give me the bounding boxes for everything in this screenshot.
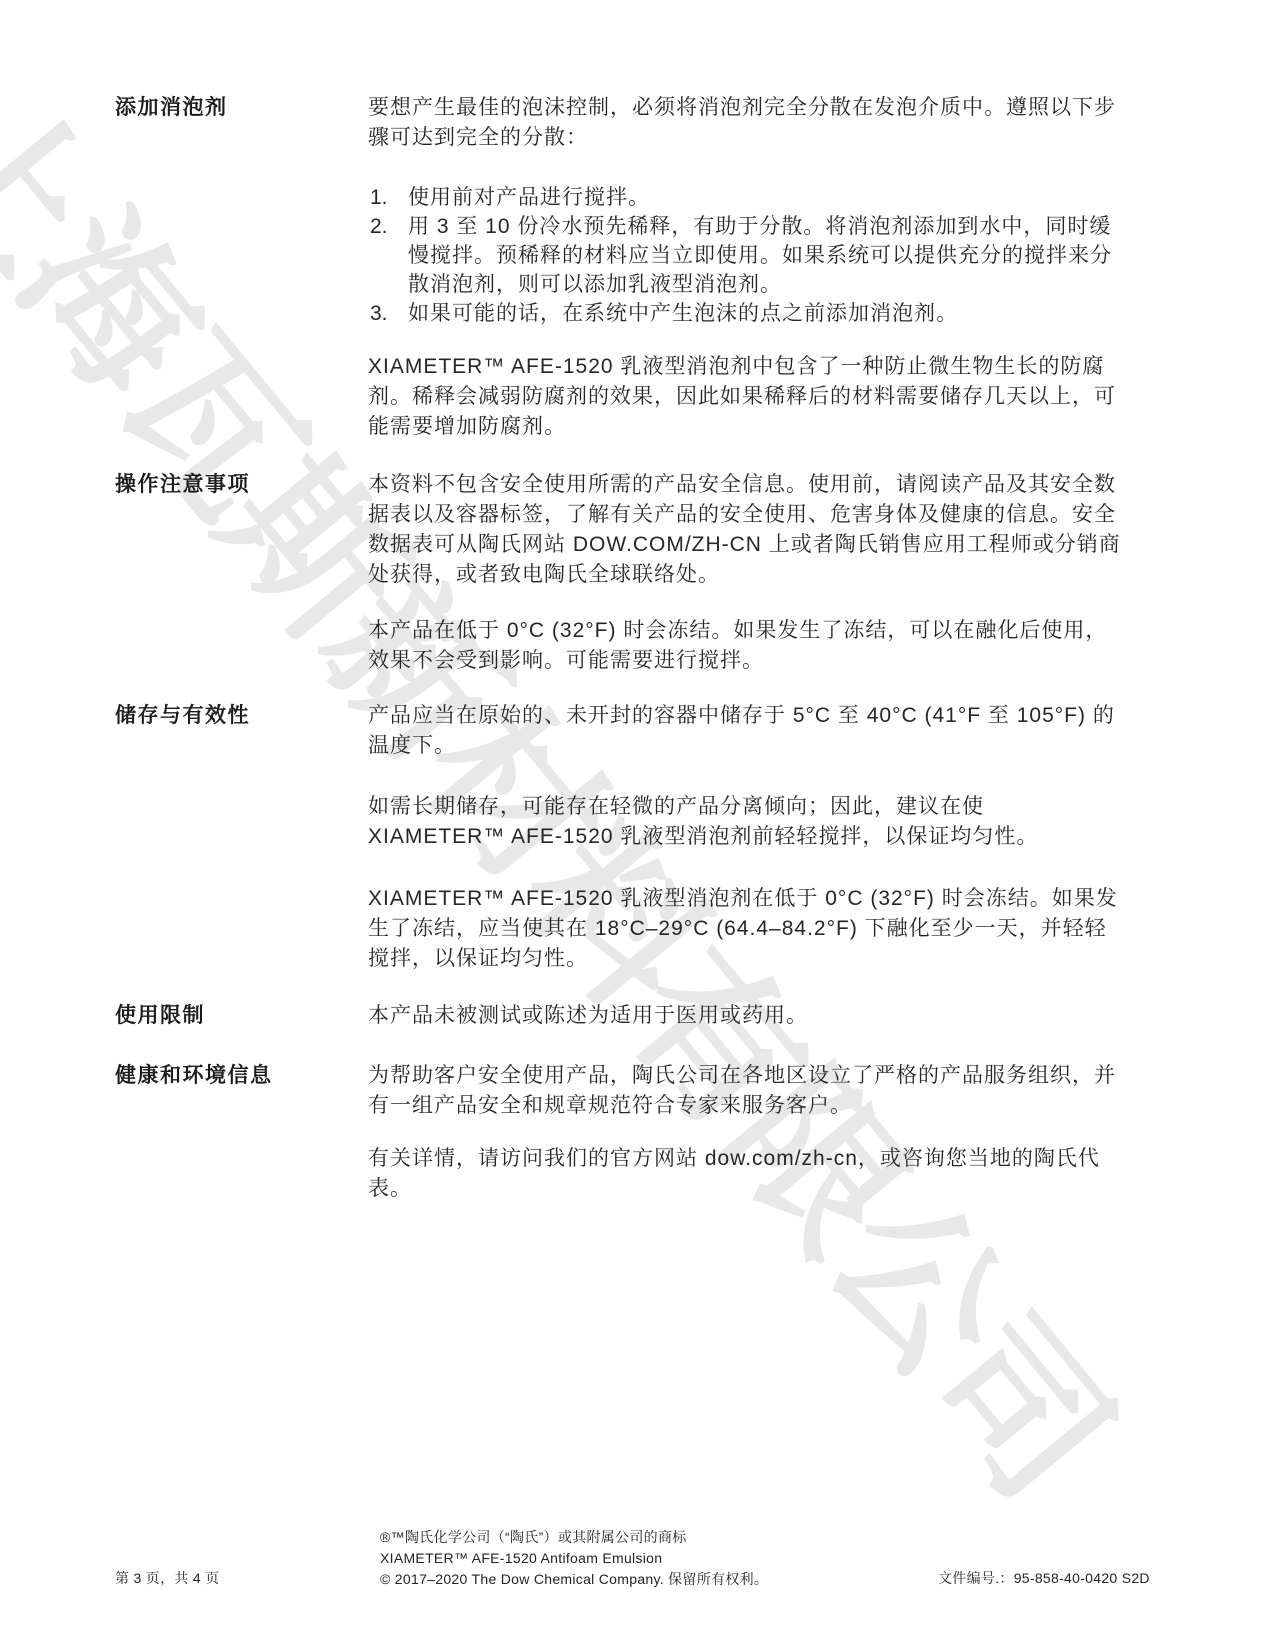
footer-page-number: 第 3 页，共 4 页 (115, 1568, 219, 1588)
list-item-text: 如果可能的话，在系统中产生泡沫的点之前添加消泡剂。 (408, 302, 958, 325)
section-body-storage-shelf-life: 产品应当在原始的、未开封的容器中储存于 5°C 至 40°C (41°F 至 1… (368, 701, 1124, 974)
list-item: 2. 用 3 至 10 份冷水预先稀释，有助于分散。将消泡剂添加到水中，同时缓慢… (368, 212, 1124, 299)
paragraph-separation-note: 如需长期储存，可能存在轻微的产品分离倾向；因此，建议在使 XIAMETER™ A… (368, 792, 1124, 852)
paragraph-intro: 要想产生最佳的泡沫控制，必须将消泡剂完全分散在发泡介质中。遵照以下步骤可达到完全… (368, 93, 1124, 153)
footer-legal-block: ®™陶氏化学公司（“陶氏”）或其附属公司的商标 XIAMETER™ AFE-15… (380, 1527, 768, 1590)
section-heading-adding-antifoam: 添加消泡剂 (115, 93, 355, 123)
section-body-use-limitations: 本产品未被测试或陈述为适用于医用或药用。 (368, 1001, 1124, 1031)
list-item-text: 使用前对产品进行搅拌。 (408, 186, 650, 209)
dispersion-steps-list: 1. 使用前对产品进行搅拌。 2. 用 3 至 10 份冷水预先稀释，有助于分散… (368, 183, 1124, 328)
section-heading-handling-precautions: 操作注意事项 (115, 470, 355, 500)
section-body-adding-antifoam: 要想产生最佳的泡沫控制，必须将消泡剂完全分散在发泡介质中。遵照以下步骤可达到完全… (368, 93, 1124, 442)
paragraph-safety-info: 本资料不包含安全使用所需的产品安全信息。使用前，请阅读产品及其安全数据表以及容器… (368, 470, 1124, 590)
list-item: 1. 使用前对产品进行搅拌。 (368, 183, 1124, 212)
footer-doc-number: 文件编号.：95-858-40-0420 S2D (938, 1568, 1150, 1588)
list-item-number: 1. (370, 183, 388, 212)
footer-product-line: XIAMETER™ AFE-1520 Antifoam Emulsion (380, 1548, 768, 1569)
footer-copyright-line: © 2017–2020 The Dow Chemical Company. 保留… (380, 1569, 768, 1590)
list-item-number: 2. (370, 212, 388, 241)
datasheet-page: 上海瓦斯新材料有限公司 添加消泡剂 要想产生最佳的泡沫控制，必须将消泡剂完全分散… (0, 0, 1275, 1650)
footer-trademark-line: ®™陶氏化学公司（“陶氏”）或其附属公司的商标 (380, 1527, 768, 1548)
list-item-number: 3. (370, 299, 388, 328)
section-heading-health-environment: 健康和环境信息 (115, 1061, 355, 1091)
paragraph-thawing-note: XIAMETER™ AFE-1520 乳液型消泡剂在低于 0°C (32°F) … (368, 884, 1124, 974)
list-item-text: 用 3 至 10 份冷水预先稀释，有助于分散。将消泡剂添加到水中，同时缓慢搅拌。… (408, 215, 1112, 296)
paragraph-website-contact: 有关详情，请访问我们的官方网站 dow.com/zh-cn，或咨询您当地的陶氏代… (368, 1144, 1124, 1204)
section-heading-storage-shelf-life: 储存与有效性 (115, 701, 355, 731)
paragraph-storage-temp: 产品应当在原始的、未开封的容器中储存于 5°C 至 40°C (41°F 至 1… (368, 701, 1124, 761)
section-heading-use-limitations: 使用限制 (115, 1001, 355, 1031)
list-item: 3. 如果可能的话，在系统中产生泡沫的点之前添加消泡剂。 (368, 299, 1124, 328)
paragraph-product-service: 为帮助客户安全使用产品，陶氏公司在各地区设立了严格的产品服务组织，并有一组产品安… (368, 1061, 1124, 1121)
paragraph-preservative: XIAMETER™ AFE-1520 乳液型消泡剂中包含了一种防止微生物生长的防… (368, 352, 1124, 442)
paragraph-freezing-note: 本产品在低于 0°C (32°F) 时会冻结。如果发生了冻结，可以在融化后使用，… (368, 616, 1124, 676)
paragraph-medical-use: 本产品未被测试或陈述为适用于医用或药用。 (368, 1001, 1124, 1031)
section-body-handling-precautions: 本资料不包含安全使用所需的产品安全信息。使用前，请阅读产品及其安全数据表以及容器… (368, 470, 1124, 676)
section-body-health-environment: 为帮助客户安全使用产品，陶氏公司在各地区设立了严格的产品服务组织，并有一组产品安… (368, 1061, 1124, 1204)
